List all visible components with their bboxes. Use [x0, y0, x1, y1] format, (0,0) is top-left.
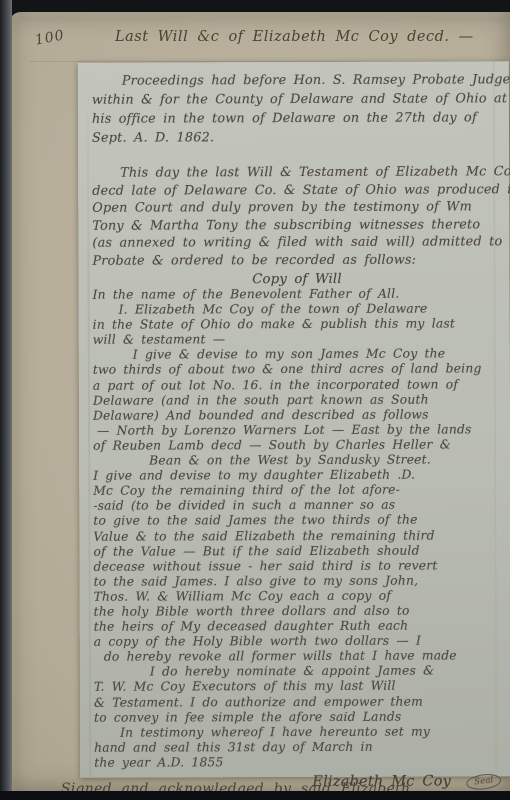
manuscript-line: the heirs of My deceased daughter Ruth e… [94, 618, 503, 635]
manuscript-line: Probate & ordered to be recorded as foll… [92, 251, 501, 270]
photo-top-edge [0, 0, 510, 13]
manuscript-line: Delaware (and in the south part known as… [93, 392, 502, 409]
page-number: 100 [34, 27, 66, 48]
ledger-photo: 100 Last Will &c of Elizabeth Mc Coy dec… [0, 0, 510, 800]
manuscript-line: Proceedings had before Hon. S. Ramsey Pr… [92, 70, 501, 90]
manuscript-line: to give to the said James the two thirds… [93, 513, 502, 530]
manuscript-line: do hereby revoke all former wills that I… [94, 649, 503, 666]
manuscript-line: Open Court and duly proven by the testim… [92, 198, 501, 217]
ledger-page: 100 Last Will &c of Elizabeth Mc Coy dec… [9, 12, 510, 791]
manuscript-line: T. W. Mc Coy Executors of this my last W… [94, 679, 503, 696]
manuscript-line: in the State of Ohio do make & publish t… [93, 316, 502, 333]
manuscript-line: the holy Bible worth three dollars and a… [94, 603, 503, 620]
manuscript-text: Proceedings had before Hon. S. Ramsey Pr… [78, 61, 510, 778]
manuscript-line: a copy of the Holy Bible worth two dolla… [94, 633, 503, 650]
manuscript-line: Tony & Martha Tony the subscribing witne… [92, 216, 501, 235]
copy-of-will-heading: Copy of Will [92, 271, 501, 287]
ledger-header-title: Last Will &c of Elizabeth Mc Coy decd. — [115, 29, 474, 45]
manuscript-line: I give and devise to my daughter Elizabe… [93, 467, 502, 484]
manuscript-line: decease without issue - her said third i… [93, 558, 502, 575]
manuscript-line: hand and seal this 31st day of March in [94, 739, 503, 756]
probate-entry-paragraph: This day the last Will & Testament of El… [92, 163, 501, 269]
manuscript-line: I do hereby nominate & appoint James & [94, 664, 503, 681]
manuscript-line: -said (to be divided in such a manner so… [93, 498, 502, 515]
photo-bottom-edge [0, 791, 510, 800]
manuscript-line: a part of out lot No. 16. in the incorpo… [93, 377, 502, 394]
manuscript-line: of the Value — But if the said Elizabeth… [93, 543, 502, 560]
manuscript-line: within & for the County of Delaware and … [92, 89, 501, 109]
manuscript-line: Thos. W. & William Mc Coy each a copy of [94, 588, 503, 605]
manuscript-line: will & testament — [93, 332, 502, 349]
manuscript-line: This day the last Will & Testament of El… [92, 163, 501, 182]
manuscript-line: Delaware) And bounded and described as f… [93, 407, 502, 424]
manuscript-line: (as annexed to writing & filed with said… [92, 233, 501, 252]
manuscript-line: I. Elizabeth Mc Coy of the town of Delaw… [93, 301, 502, 318]
manuscript-line: — North by Lorenzo Warners Lot — East by… [93, 422, 502, 439]
seal-stamp: Seal [465, 772, 502, 791]
manuscript-line: Bean & on the West by Sandusky Street. [93, 452, 502, 469]
photo-left-edge [0, 0, 12, 800]
manuscript-line: Value & to the said Elizabeth the remain… [93, 528, 502, 545]
manuscript-line: his office in the town of Delaware on th… [92, 108, 501, 128]
manuscript-line: decd late of Delaware Co. & State of Ohi… [92, 181, 501, 200]
recorded-will-sheet: Proceedings had before Hon. S. Ramsey Pr… [78, 61, 510, 778]
manuscript-line: Sept. A. D. 1862. [92, 127, 501, 147]
manuscript-line: & Testament. I do authorize and empower … [94, 694, 503, 711]
manuscript-line: In testimony whereof I have hereunto set… [94, 724, 503, 741]
manuscript-line: I give & devise to my son James Mc Coy t… [93, 347, 502, 364]
proceedings-paragraph: Proceedings had before Hon. S. Ramsey Pr… [92, 70, 501, 147]
manuscript-line: In the name of the Benevolent Father of … [93, 286, 502, 303]
will-body-paragraph: In the name of the Benevolent Father of … [93, 286, 504, 770]
manuscript-line: Mc Coy the remaining third of the lot af… [93, 482, 502, 499]
manuscript-line: to convey in fee simple the afore said L… [94, 709, 503, 726]
manuscript-line: to the said James. I also give to my son… [94, 573, 503, 590]
manuscript-line: of Reuben Lamb decd — South by Charles H… [93, 437, 502, 454]
manuscript-line: the year A.D. 1855 [94, 754, 503, 771]
manuscript-line: two thirds of about two & one third acre… [93, 362, 502, 379]
